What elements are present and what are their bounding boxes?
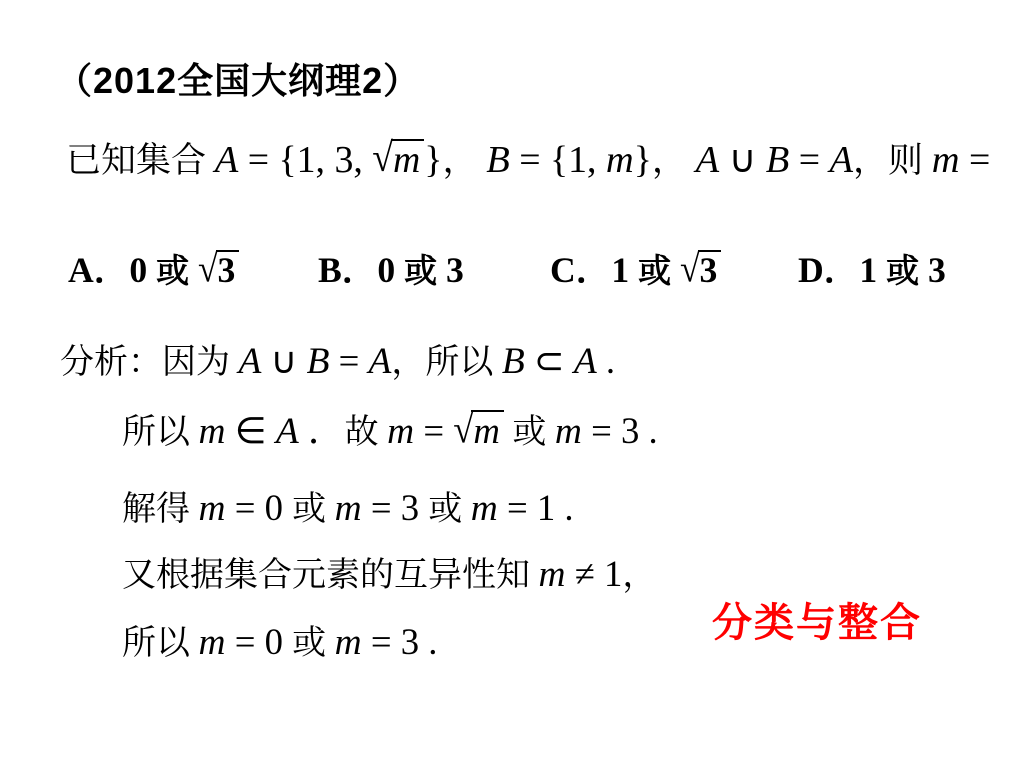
text-segment: 或 xyxy=(156,254,189,290)
sqrt-expression: √3 xyxy=(198,249,239,291)
analysis-line-2: 所以 m ∈ A ．故 m = √m 或 m = 3 . xyxy=(122,410,658,453)
text-segment: 或 xyxy=(292,625,335,662)
text-segment: B xyxy=(486,139,510,181)
sqrt-expression: √m xyxy=(453,410,504,452)
text-segment: = xyxy=(960,139,991,181)
text-segment: A xyxy=(215,139,239,181)
radicand: m xyxy=(391,139,424,181)
text-segment: 或 xyxy=(886,254,919,290)
sqrt-expression: √3 xyxy=(680,249,721,291)
slide: （2012全国大纲理2） 已知集合 A = {1, 3, √m}， B = {1… xyxy=(0,0,1024,768)
text-segment: 或 xyxy=(638,254,671,290)
text-segment: A xyxy=(369,341,392,382)
option-c: C．1 或 √3 xyxy=(550,242,721,293)
text-segment: A xyxy=(276,411,299,452)
text-segment: ，则 xyxy=(853,141,932,180)
radical-sign-icon: √ xyxy=(372,136,393,183)
text-segment: = xyxy=(414,410,453,451)
text-segment: D．1 xyxy=(798,250,886,290)
analysis-line-5: 所以 m = 0 或 m = 3 . xyxy=(122,621,437,664)
text-segment: = 3 . xyxy=(582,410,658,451)
text-segment: m xyxy=(199,622,226,663)
text-segment: 故 xyxy=(345,414,388,451)
option-a: A．0 或 √3 xyxy=(68,242,239,293)
text-segment: 或 xyxy=(428,491,471,528)
text-segment: m xyxy=(555,411,582,452)
text-segment: = {1, 3, xyxy=(238,139,372,181)
text-segment: ，所以 xyxy=(391,344,502,381)
text-segment: 3 xyxy=(919,250,946,290)
text-segment: = xyxy=(789,139,829,181)
text-segment: m xyxy=(335,488,362,529)
text-segment: = 3 . xyxy=(362,621,438,662)
text-segment: 解得 xyxy=(122,491,199,528)
text-segment: m xyxy=(387,411,414,452)
text-segment: ⊂ xyxy=(525,340,574,381)
text-segment: ． xyxy=(299,410,345,451)
text-segment: B．0 xyxy=(318,250,404,290)
text-segment: m xyxy=(199,488,226,529)
text-segment: 已知集合 xyxy=(66,141,215,180)
text-segment: } xyxy=(424,139,442,181)
option-b: B．0 或 3 xyxy=(318,242,464,293)
text-segment: ， xyxy=(652,141,696,180)
text-segment: C．1 xyxy=(550,250,638,290)
method-tag: 分类与整合 xyxy=(712,600,922,646)
radicand: m xyxy=(471,410,504,451)
text-segment: 或 xyxy=(292,491,335,528)
text-segment: 或 xyxy=(404,254,437,290)
text-segment: B xyxy=(766,139,790,181)
text-segment xyxy=(671,250,680,290)
options-row: A．0 或 √3 B．0 或 3 C．1 或 √3 D．1 或 3 xyxy=(0,236,1024,300)
text-segment: = 3 xyxy=(362,487,429,528)
text-segment: m xyxy=(199,411,226,452)
text-segment: ∪ xyxy=(261,340,306,381)
text-segment: ， xyxy=(622,557,656,594)
text-segment: ∈ xyxy=(226,410,276,451)
text-segment: B xyxy=(502,341,525,382)
text-segment: 所以 xyxy=(122,625,199,662)
text-segment: m xyxy=(539,554,566,595)
text-segment: = xyxy=(329,340,368,381)
analysis-line-1: 分析：因为 A ∪ B = A，所以 B ⊂ A . xyxy=(60,340,615,383)
text-segment: } xyxy=(634,139,652,181)
text-segment: . xyxy=(597,340,615,381)
analysis-line-4: 又根据集合元素的互异性知 m ≠ 1， xyxy=(122,553,656,596)
text-segment: 3 xyxy=(437,250,464,290)
radicand: 3 xyxy=(216,250,240,289)
text-segment: A xyxy=(239,341,262,382)
sqrt-expression: √m xyxy=(372,139,424,182)
page-title: （2012全国大纲理2） xyxy=(56,60,420,101)
text-segment: = 0 xyxy=(226,487,293,528)
radical-sign-icon: √ xyxy=(680,246,700,291)
text-segment: ， xyxy=(442,141,486,180)
text-segment: m xyxy=(606,139,634,181)
analysis-line-3: 解得 m = 0 或 m = 3 或 m = 1 . xyxy=(122,487,574,530)
option-d: D．1 或 3 xyxy=(798,242,946,293)
text-segment: 又根据集合元素的互异性知 xyxy=(122,557,539,594)
text-segment: ≠ 1 xyxy=(566,553,623,594)
text-segment: = 0 xyxy=(226,621,293,662)
problem-statement: 已知集合 A = {1, 3, √m}， B = {1, m}， A ∪ B =… xyxy=(66,138,990,182)
text-segment: A．0 xyxy=(68,250,156,290)
text-segment: ∪ xyxy=(719,139,766,181)
radical-sign-icon: √ xyxy=(453,407,473,453)
text-segment: B xyxy=(307,341,330,382)
text-segment: = 1 . xyxy=(498,487,574,528)
text-segment: 或 xyxy=(504,414,555,451)
text-segment: 分析：因为 xyxy=(60,344,239,381)
text-segment: 所以 xyxy=(122,414,199,451)
text-segment: m xyxy=(471,488,498,529)
text-segment: A xyxy=(574,341,597,382)
text-segment: m xyxy=(335,622,362,663)
text-segment: m xyxy=(932,139,960,181)
radical-sign-icon: √ xyxy=(198,246,218,291)
text-segment: A xyxy=(696,139,720,181)
radicand: 3 xyxy=(698,250,722,289)
text-segment: = {1, xyxy=(510,139,606,181)
text-segment: A xyxy=(830,139,854,181)
text-segment xyxy=(189,250,198,290)
